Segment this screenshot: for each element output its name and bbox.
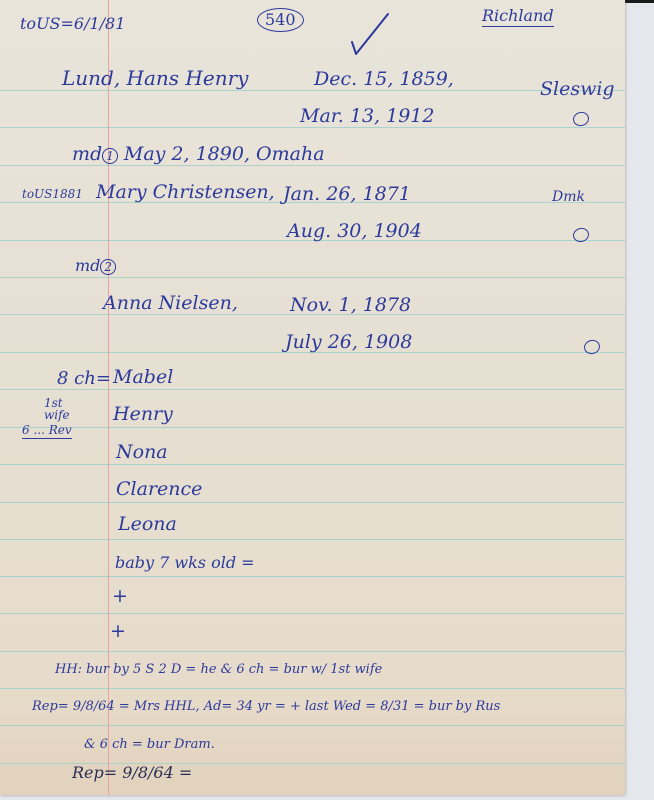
ruled-line xyxy=(0,725,625,726)
ruled-line xyxy=(0,651,625,652)
ruled-line xyxy=(0,277,625,278)
spouse-1-death-date: Aug. 30, 1904 xyxy=(287,222,422,241)
note-line-1: HH: bur by 5 S 2 D = he & 6 ch = bur w/ … xyxy=(55,663,382,676)
head-of-household-name: Lund, Hans Henry xyxy=(62,68,248,88)
children-note-rev: 6 ... Rev xyxy=(22,424,72,439)
spouse-2-birth-date: Nov. 1, 1878 xyxy=(290,296,411,315)
ruled-line xyxy=(0,427,625,428)
marriage-label: md xyxy=(72,143,102,165)
hoh-birth-date: Dec. 15, 1859, xyxy=(314,70,454,89)
spouse-1-arrival-note: toUS1881 xyxy=(22,188,83,200)
ruled-line xyxy=(0,389,625,390)
spouse-1-birth-date: Jan. 26, 1871 xyxy=(283,185,411,204)
spouse-2-death-date: July 26, 1908 xyxy=(285,333,412,352)
marriage-1-line: md1 May 2, 1890, Omaha xyxy=(72,145,325,164)
status-zero-mark xyxy=(571,226,590,244)
child-item: Mabel xyxy=(113,368,173,387)
children-note-wife: wife xyxy=(44,409,70,421)
spouse-2-name: Anna Nielsen, xyxy=(103,294,238,313)
child-item: Henry xyxy=(113,405,173,424)
child-item: baby 7 wks old = xyxy=(115,555,255,571)
ruled-line xyxy=(0,90,625,91)
child-item: Nona xyxy=(116,443,168,462)
checkmark-icon xyxy=(350,12,390,56)
child-item-deceased: + xyxy=(110,622,126,641)
marriage-number-circle: 1 xyxy=(102,148,118,164)
spouse-1-origin: Dmk xyxy=(552,190,585,204)
ruled-line xyxy=(0,613,625,614)
location-label: Richland xyxy=(482,8,554,27)
note-line-3: & 6 ch = bur Dram. xyxy=(84,738,215,751)
ruled-line xyxy=(0,688,625,689)
ruled-line xyxy=(0,539,625,540)
spouse-1-name: Mary Christensen, xyxy=(96,183,275,202)
note-line-2: Rep= 9/8/64 = Mrs HHL, Ad= 34 yr = + las… xyxy=(32,700,500,713)
hoh-death-date: Mar. 13, 1912 xyxy=(300,107,434,126)
scanner-edge-bar xyxy=(625,0,654,3)
marriage-2-line: md2 xyxy=(75,258,116,274)
ruled-line xyxy=(0,502,625,503)
ruled-line xyxy=(0,576,625,577)
marriage-label: md xyxy=(75,256,100,275)
ruled-line xyxy=(0,165,625,166)
child-item-deceased: + xyxy=(112,587,128,606)
status-zero-mark xyxy=(571,110,590,128)
status-zero-mark xyxy=(582,338,601,356)
hoh-origin: Sleswig xyxy=(540,80,615,99)
children-count-label: 8 ch= xyxy=(57,370,111,388)
marriage-number-circle: 2 xyxy=(100,259,116,275)
note-line-4: Rep= 9/8/64 = xyxy=(72,765,192,781)
record-number: 540 xyxy=(257,8,304,32)
child-item: Clarence xyxy=(116,480,202,499)
ruled-line xyxy=(0,464,625,465)
ruled-paper-page: toUS=6/1/81 540 Richland Lund, Hans Henr… xyxy=(0,0,625,795)
child-item: Leona xyxy=(118,515,177,534)
to-us-date: toUS=6/1/81 xyxy=(20,16,125,32)
ruled-line xyxy=(0,127,625,128)
marriage-1-details: May 2, 1890, Omaha xyxy=(124,143,325,165)
